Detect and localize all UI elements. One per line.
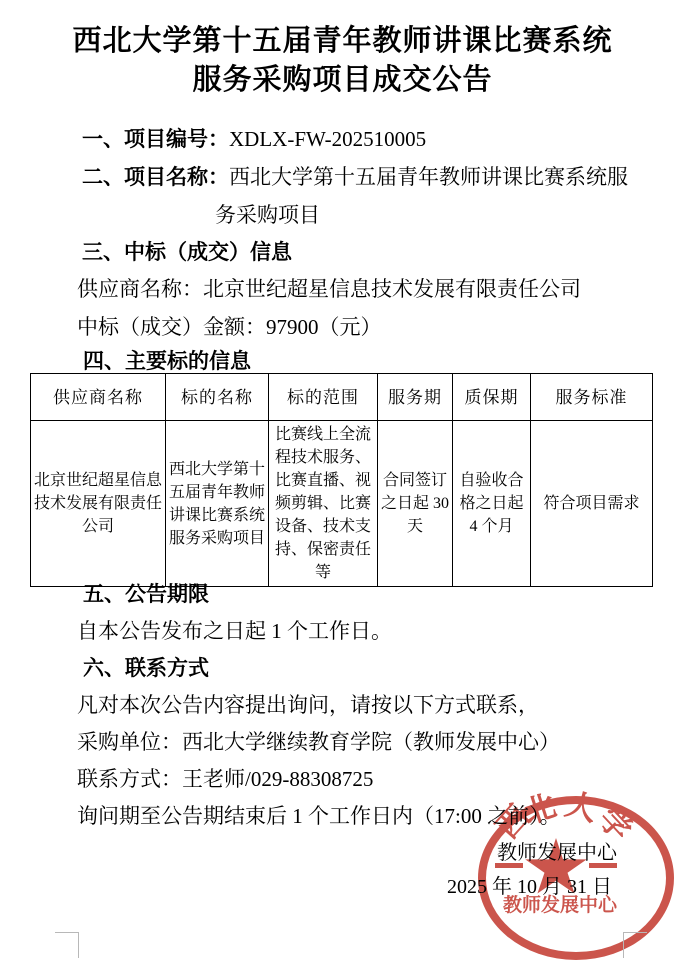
project-name-value-line1: 西北大学第十五届青年教师讲课比赛系统服 [229, 165, 628, 189]
stamp-right-dash [589, 863, 617, 868]
project-name-label: 二、项目名称： [82, 165, 229, 189]
cell-subject-name: 西北大学第十五届青年教师讲课比赛系统服务采购项目 [166, 421, 269, 587]
award-amount-line: 中标（成交）金额：97900（元） [77, 315, 382, 339]
header-subject-name: 标的名称 [166, 374, 269, 421]
table-header-row: 供应商名称 标的名称 标的范围 服务期 质保期 服务标准 [31, 374, 653, 421]
announcement-document-page: 西北大学第十五届青年教师讲课比赛系统 服务采购项目成交公告 一、项目编号：XDL… [0, 0, 685, 966]
announcement-period-heading: 五、公告期限 [83, 582, 209, 606]
purchasing-unit-line: 采购单位：西北大学继续教育学院（教师发展中心） [77, 730, 560, 754]
supplier-name-line: 供应商名称：北京世纪超星信息技术发展有限责任公司 [77, 277, 581, 301]
project-number-label: 一、项目编号： [82, 127, 229, 151]
cell-service-period: 合同签订之日起 30 天 [378, 421, 453, 587]
header-subject-scope: 标的范围 [269, 374, 378, 421]
cell-subject-scope: 比赛线上全流程技术服务、比赛直播、视频剪辑、比赛设备、技术支持、保密责任等 [269, 421, 378, 587]
header-service-standard: 服务标准 [531, 374, 653, 421]
header-service-period: 服务期 [378, 374, 453, 421]
award-info-heading: 三、中标（成交）信息 [82, 240, 292, 264]
header-supplier-name: 供应商名称 [31, 374, 166, 421]
contact-intro-line: 凡对本次公告内容提出询问，请按以下方式联系， [77, 693, 539, 717]
cell-supplier-name: 北京世纪超星信息技术发展有限责任公司 [31, 421, 166, 587]
project-number-value: XDLX-FW-202510005 [229, 127, 426, 151]
project-name-value-line2: 务采购项目 [215, 203, 320, 227]
contact-phone-line: 联系方式：王老师/029-88308725 [77, 767, 373, 791]
subject-info-table: 供应商名称 标的名称 标的范围 服务期 质保期 服务标准 北京世纪超星信息技术发… [30, 373, 653, 587]
section-project-name: 二、项目名称：西北大学第十五届青年教师讲课比赛系统服 [82, 165, 628, 189]
stamp-bottom-text: 教师发展中心 [478, 890, 642, 917]
cell-warranty-period: 自验收合格之日起 4 个月 [453, 421, 531, 587]
header-warranty-period: 质保期 [453, 374, 531, 421]
subject-info-heading: 四、主要标的信息 [83, 349, 251, 373]
page-title-line2: 服务采购项目成交公告 [0, 61, 685, 100]
page-title-line1: 西北大学第十五届青年教师讲课比赛系统 [0, 22, 685, 61]
cell-service-standard: 符合项目需求 [531, 421, 653, 587]
page-title: 西北大学第十五届青年教师讲课比赛系统 服务采购项目成交公告 [0, 22, 685, 100]
crop-mark-bottom-left-icon [55, 932, 79, 958]
section-project-number: 一、项目编号：XDLX-FW-202510005 [82, 127, 426, 151]
stamp-left-dash [495, 863, 523, 868]
crop-mark-bottom-right-icon [623, 932, 647, 958]
announcement-period-body: 自本公告发布之日起 1 个工作日。 [77, 619, 392, 643]
contact-heading: 六、联系方式 [83, 656, 209, 680]
table-row: 北京世纪超星信息技术发展有限责任公司 西北大学第十五届青年教师讲课比赛系统服务采… [31, 421, 653, 587]
